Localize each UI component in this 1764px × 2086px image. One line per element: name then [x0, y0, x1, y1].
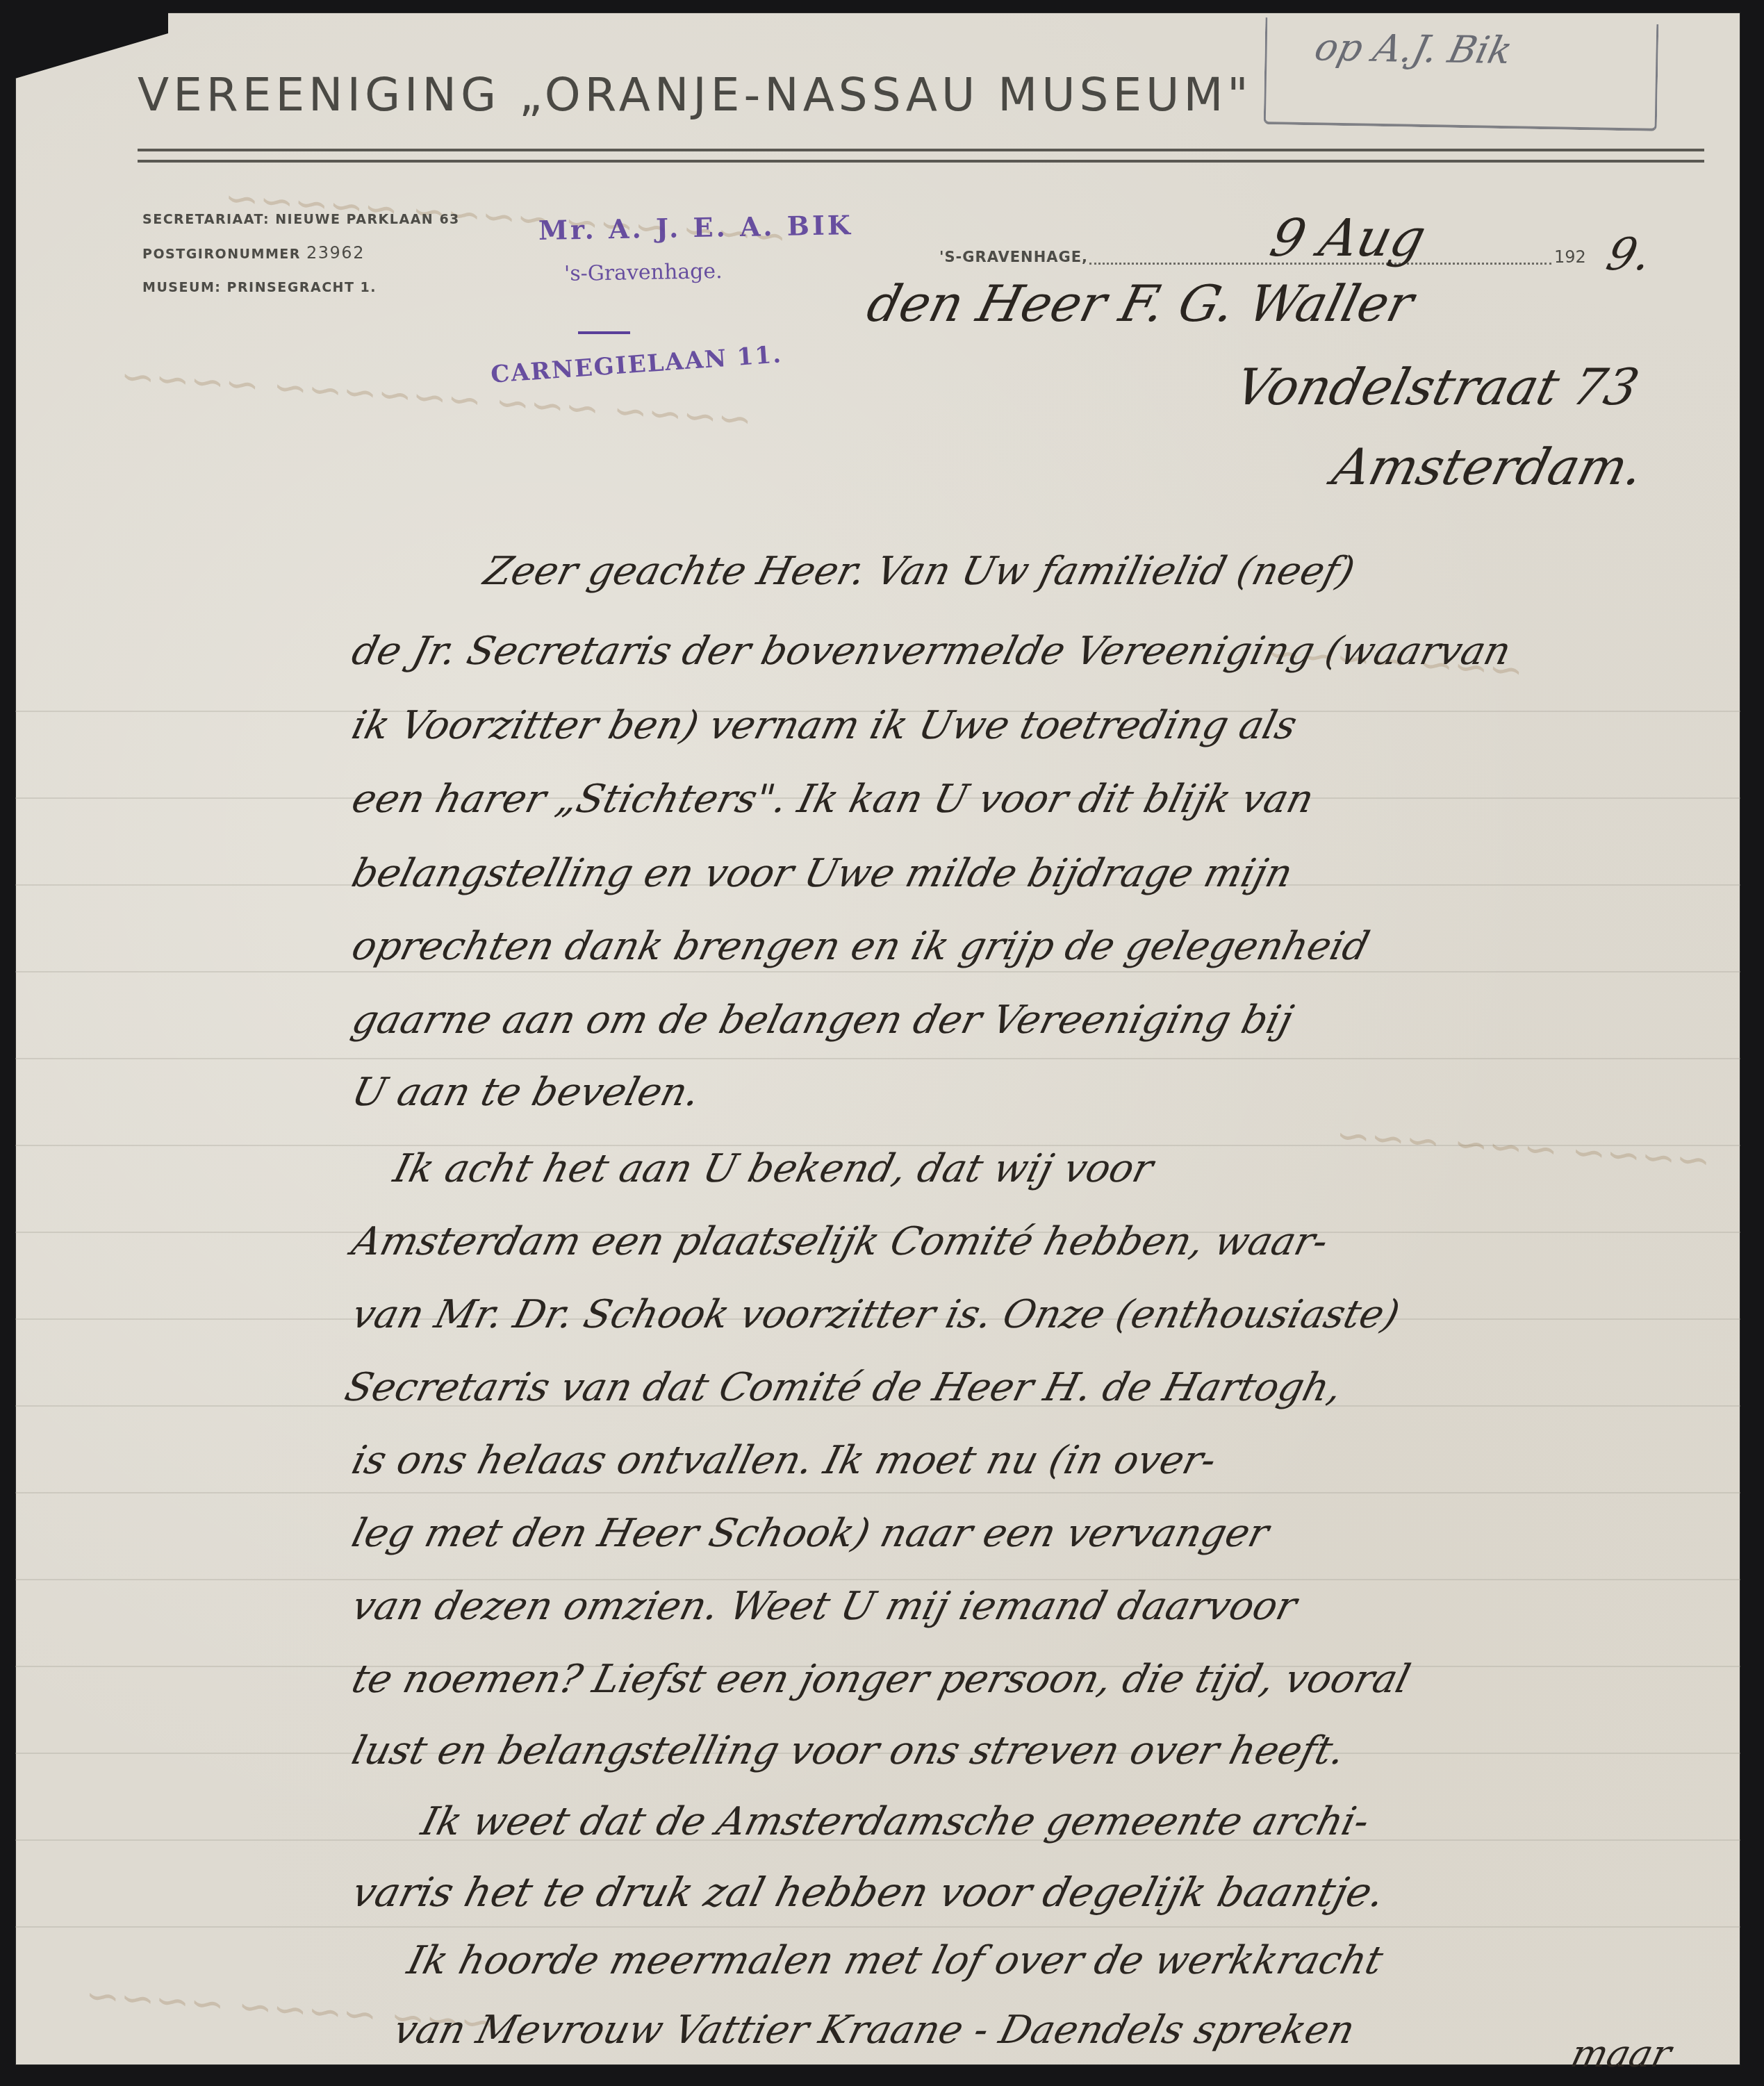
letter-body-line: Ik acht het aan U bekend, dat wij voor: [389, 1146, 1157, 1191]
letter-body-line: belangstelling en voor Uwe milde bijdrag…: [347, 851, 1297, 896]
letter-body-line: gaarne aan om de belangen der Vereenigin…: [347, 998, 1297, 1043]
letter-body-line: varis het te druk zal hebben voor degeli…: [347, 1869, 1390, 1916]
handwritten-date: 9 Aug: [1264, 208, 1432, 268]
letter-body-line: Secretaris van dat Comité de Heer H. de …: [340, 1365, 1346, 1410]
addressee-name: den Heer F. G. Waller: [862, 274, 1419, 333]
secretariaat-address: SECRETARIAAT: NIEUWE PARKLAAN 63: [142, 212, 460, 227]
letterhead-double-rule: [138, 149, 1704, 163]
letter-body-line: is ons helaas ontvallen. Ik moet nu (in …: [347, 1438, 1221, 1483]
scanned-letter: ~~~ ~~~ ~~~~ ~~~~~ ~~~~ ~~~ ~~~~~~ ~~~~ …: [0, 0, 1764, 2086]
ruled-line: [15, 1579, 1740, 1580]
bleed-through-ink: ~~~~ ~~~ ~~~: [1334, 1111, 1712, 1186]
letter-body-line: van dezen omzien. Weet U mij iemand daar…: [347, 1584, 1301, 1629]
letter-body-line: te noemen? Liefst een jonger persoon, di…: [347, 1657, 1415, 1702]
letter-body-line: de Jr. Secretaris der bovenvermelde Vere…: [347, 629, 1515, 674]
stamp-name: Mr. A. J. E. A. BIK: [538, 209, 853, 246]
pencil-annotation: op A.J. Bik: [1310, 25, 1516, 72]
letterhead-title: VEREENIGING „ORANJE-NASSAU MUSEUM": [138, 68, 1253, 122]
letter-body-line: van Mr. Dr. Schook voorzitter is. Onze (…: [347, 1292, 1404, 1337]
letter-body-line: Ik weet dat de Amsterdamsche gemeente ar…: [417, 1799, 1374, 1844]
addressee-street: Vondelstraat 73: [1230, 358, 1645, 416]
postgiro-number: 23962: [306, 243, 365, 263]
letter-body-line: een harer „Stichters". Ik kan U voor dit…: [347, 777, 1319, 822]
letter-body-line: U aan te bevelen.: [347, 1070, 704, 1115]
letter-body-line: Amsterdam een plaatselijk Comité hebben,…: [347, 1219, 1333, 1264]
letter-body-line: lust en belangstelling voor ons streven …: [347, 1728, 1349, 1773]
printed-city: 'S-GRAVENHAGE,: [939, 249, 1088, 265]
letter-body-line: van Mevrouw Vattier Kraane - Daendels sp…: [389, 2008, 1360, 2053]
addressee-city: Amsterdam.: [1327, 438, 1649, 496]
museum-address: MUSEUM: PRINSEGRACHT 1.: [142, 280, 377, 295]
ruled-line: [15, 971, 1740, 972]
postgiro: POSTGIRONUMMER 23962: [142, 243, 365, 263]
catchword: maar: [1567, 2032, 1676, 2076]
ruled-line: [15, 1058, 1740, 1059]
stamp-rule: [578, 331, 630, 334]
ruled-line: [15, 1492, 1740, 1493]
letter-body-line: Ik hoorde meermalen met lof over de werk…: [403, 1938, 1387, 1983]
ruled-line: [15, 1926, 1740, 1928]
letter-body-line: ik Voorzitter ben) vernam ik Uwe toetred…: [347, 703, 1301, 748]
printed-year: 192: [1554, 247, 1586, 267]
pencil-annotation-box: op A.J. Bik: [1264, 17, 1659, 131]
postgiro-label: POSTGIRONUMMER: [142, 247, 301, 262]
stamp-city: 's-Gravenhage.: [564, 259, 723, 286]
letter-body-line: oprechten dank brengen en ik grijp de ge…: [347, 924, 1374, 969]
letter-body-line: leg met den Heer Schook) naar een vervan…: [347, 1511, 1273, 1556]
letter-body-line: Zeer geachte Heer. Van Uw familielid (ne…: [479, 549, 1359, 594]
